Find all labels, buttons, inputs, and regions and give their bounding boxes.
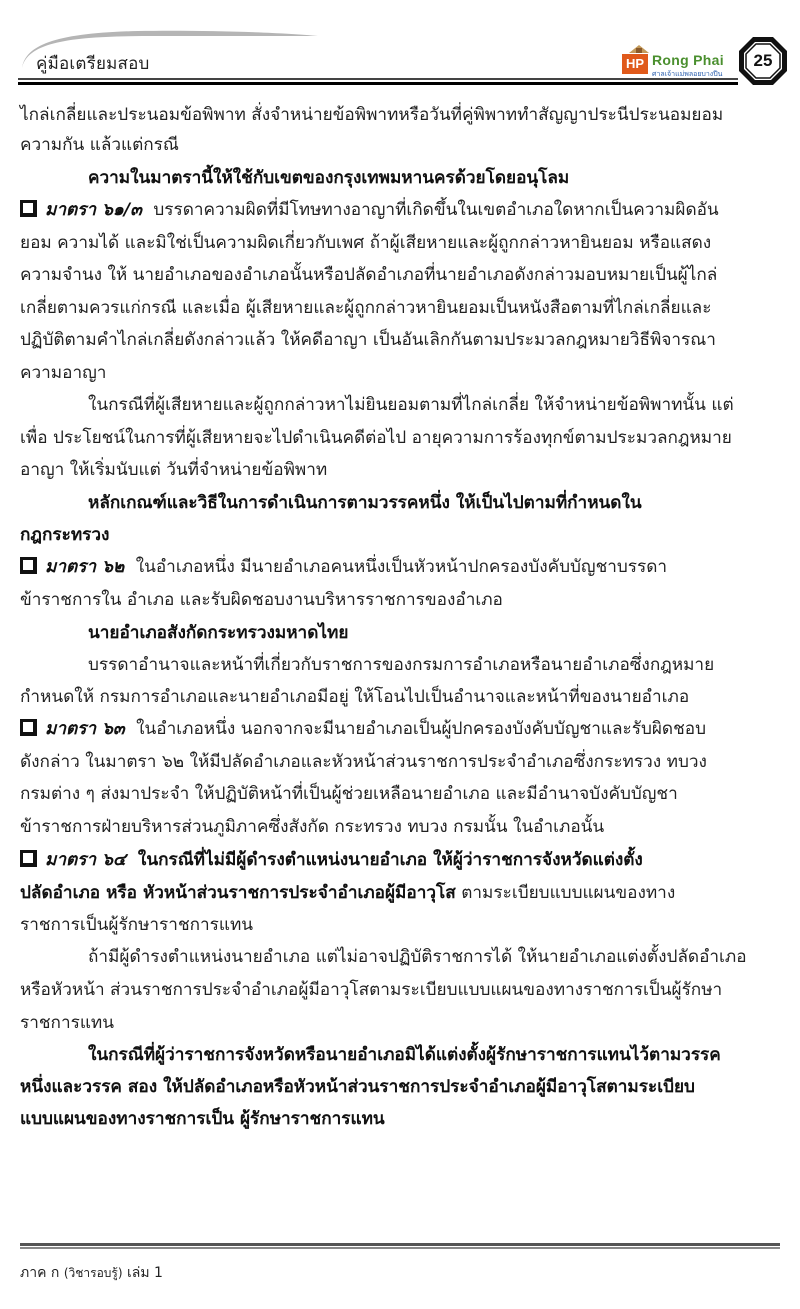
line-text: ดังกล่าว ในมาตรา ๖๒ ให้มีปลัดอำเภอและหัว… — [20, 752, 707, 772]
logo-subtitle: ศาลเจ้าแม่พลอยบางปีน — [652, 69, 722, 80]
text-line: ถ้ามีผู้ดำรงตำแหน่งนายอำเภอ แต่ไม่อาจปฏิ… — [88, 942, 747, 972]
text-line: กฎกระทรวง — [20, 520, 109, 550]
line-text: ในอำเภอหนึ่ง มีนายอำเภอคนหนึ่งเป็นหัวหน้… — [130, 557, 667, 577]
checkbox-square-icon — [20, 557, 37, 574]
text-line: ในกรณีที่ผู้ว่าราชการจังหวัดหรือนายอำเภอ… — [88, 1040, 721, 1070]
text-line: แบบแผนของทางราชการเป็น ผู้รักษาราชการแทน — [20, 1104, 385, 1134]
text-line: กำหนดให้ กรมการอำเภอและนายอำเภอมีอยู่ ให… — [20, 682, 689, 712]
house-roof-icon — [628, 44, 650, 54]
line-text: ความอาญา — [20, 363, 106, 383]
text-line: ความกัน แล้วแต่กรณี — [20, 130, 179, 160]
text-line: หลักเกณฑ์และวิธีในการดำเนินการตามวรรคหนึ… — [88, 488, 642, 518]
line-text: เกลี่ยตามควรแก่กรณี และเมื่อ ผู้เสียหายแ… — [20, 298, 711, 318]
text-line: ข้าราชการฝ่ายบริหารส่วนภูมิภาคซึ่งสังกัด… — [20, 812, 604, 842]
line-text: ความจำนง ให้ นายอำเภอของอำเภอนั้นหรือปลั… — [20, 265, 717, 285]
line-text: ตามระเบียบแบบแผนของทาง — [456, 883, 675, 903]
text-line: ในกรณีที่ผู้เสียหายและผู้ถูกกล่าวหาไม่ยิ… — [88, 390, 734, 420]
line-text: ปฏิบัติตามคำไกล่เกลี่ยดังกล่าวแล้ว ให้คด… — [20, 330, 716, 350]
section-line: มาตรา ๖๒ ในอำเภอหนึ่ง มีนายอำเภอคนหนึ่งเ… — [20, 552, 667, 582]
checkbox-square-icon — [20, 719, 37, 736]
line-text: ข้าราชการใน อำเภอ และรับผิดชอบงานบริหารร… — [20, 590, 503, 610]
footer-part: ภาค ก — [20, 1265, 59, 1281]
text-line: ความจำนง ให้ นายอำเภอของอำเภอนั้นหรือปลั… — [20, 260, 717, 290]
page-number: 25 — [738, 36, 788, 86]
text-line: ไกล่เกลี่ยและประนอมข้อพิพาท สั่งจำหน่ายข… — [20, 100, 723, 130]
text-line: เกลี่ยตามควรแก่กรณี และเมื่อ ผู้เสียหายแ… — [20, 293, 711, 323]
text-line: บรรดาอำนาจและหน้าที่เกี่ยวกับราชการของกร… — [88, 650, 714, 680]
text-line: ความอาญา — [20, 358, 106, 388]
section-label: มาตรา ๖๑/๓ — [45, 200, 142, 220]
line-text: กฎกระทรวง — [20, 525, 109, 545]
footer-volume: เล่ม 1 — [127, 1265, 163, 1281]
line-text: หรือหัวหน้า ส่วนราชการประจำอำเภอผู้มีอาว… — [20, 980, 722, 1000]
footer-subject: (วิชารอบรู้) — [64, 1266, 123, 1280]
section-line: มาตรา ๖๓ ในอำเภอหนึ่ง นอกจากจะมีนายอำเภอ… — [20, 714, 706, 744]
line-text: บรรดาอำนาจและหน้าที่เกี่ยวกับราชการของกร… — [88, 655, 714, 675]
text-line: อาญา ให้เริ่มนับแต่ วันที่จำหน่ายข้อพิพา… — [20, 455, 327, 485]
line-text: ถ้ามีผู้ดำรงตำแหน่งนายอำเภอ แต่ไม่อาจปฏิ… — [88, 947, 747, 967]
text-line: กรมต่าง ๆ ส่งมาประจำ ให้ปฏิบัติหน้าที่เป… — [20, 779, 678, 809]
line-text: ในกรณีที่ผู้เสียหายและผู้ถูกกล่าวหาไม่ยิ… — [88, 395, 734, 415]
text-line: ยอม ความได้ และมิใช่เป็นความผิดเกี่ยวกับ… — [20, 228, 711, 258]
line-text: หลักเกณฑ์และวิธีในการดำเนินการตามวรรคหนึ… — [88, 493, 642, 513]
line-text: นายอำเภอสังกัดกระทรวงมหาดไทย — [88, 623, 348, 643]
line-text: บรรดาความผิดที่มีโทษทางอาญาที่เกิดขึ้นใน… — [148, 200, 719, 220]
line-text: ราชการแทน — [20, 1013, 114, 1033]
line-text: เพื่อ ประโยชน์ในการที่ผู้เสียหายจะไปดำเน… — [20, 428, 732, 448]
text-line: หนึ่งและวรรค สอง ให้ปลัดอำเภอหรือหัวหน้า… — [20, 1072, 695, 1102]
header-rule — [18, 78, 738, 85]
text-line: ข้าราชการใน อำเภอ และรับผิดชอบงานบริหารร… — [20, 585, 503, 615]
checkbox-square-icon — [20, 200, 37, 217]
logo-name: Rong Phai — [652, 52, 724, 68]
line-text: อาญา ให้เริ่มนับแต่ วันที่จำหน่ายข้อพิพา… — [20, 460, 327, 480]
text-line: ปฏิบัติตามคำไกล่เกลี่ยดังกล่าวแล้ว ให้คด… — [20, 325, 716, 355]
section-label: มาตรา ๖๒ — [45, 557, 124, 577]
footer-rule — [20, 1243, 780, 1249]
page-header: คู่มือเตรียมสอบ HP Rong Phai ศาลเจ้าแม่พ… — [0, 0, 800, 100]
line-text: ยอม ความได้ และมิใช่เป็นความผิดเกี่ยวกับ… — [20, 233, 711, 253]
bold-text: ปลัดอำเภอ หรือ หัวหน้าส่วนราชการประจำอำเ… — [20, 883, 456, 903]
line-text: แบบแผนของทางราชการเป็น ผู้รักษาราชการแทน — [20, 1109, 385, 1129]
text-line: ปลัดอำเภอ หรือ หัวหน้าส่วนราชการประจำอำเ… — [20, 878, 675, 908]
text-line: ราชการแทน — [20, 1008, 114, 1038]
line-text: กำหนดให้ กรมการอำเภอและนายอำเภอมีอยู่ ให… — [20, 687, 689, 707]
line-text: ความในมาตรานี้ให้ใช้กับเขตของกรุงเทพมหาน… — [88, 168, 569, 188]
line-text: กรมต่าง ๆ ส่งมาประจำ ให้ปฏิบัติหน้าที่เป… — [20, 784, 678, 804]
footer-label: ภาค ก (วิชารอบรู้) เล่ม 1 — [20, 1262, 163, 1284]
section-label: มาตรา ๖๓ — [45, 719, 125, 739]
text-line: ความในมาตรานี้ให้ใช้กับเขตของกรุงเทพมหาน… — [88, 163, 569, 193]
logo-badge: HP — [622, 54, 648, 74]
section-label: มาตรา ๖๔ — [45, 850, 126, 870]
text-line: เพื่อ ประโยชน์ในการที่ผู้เสียหายจะไปดำเน… — [20, 423, 732, 453]
checkbox-square-icon — [20, 850, 37, 867]
line-text: ข้าราชการฝ่ายบริหารส่วนภูมิภาคซึ่งสังกัด… — [20, 817, 604, 837]
book-title: คู่มือเตรียมสอบ — [36, 50, 150, 77]
line-text: ราชการเป็นผู้รักษาราชการแทน — [20, 915, 253, 935]
line-text: ในกรณีที่ไม่มีผู้ดำรงตำแหน่งนายอำเภอ ให้… — [132, 850, 643, 870]
line-text: ในอำเภอหนึ่ง นอกจากจะมีนายอำเภอเป็นผู้ปก… — [131, 719, 706, 739]
text-line: ราชการเป็นผู้รักษาราชการแทน — [20, 910, 253, 940]
line-text: ไกล่เกลี่ยและประนอมข้อพิพาท สั่งจำหน่ายข… — [20, 105, 723, 125]
text-line: ดังกล่าว ในมาตรา ๖๒ ให้มีปลัดอำเภอและหัว… — [20, 747, 707, 777]
line-text: ความกัน แล้วแต่กรณี — [20, 135, 179, 155]
section-line: มาตรา ๖๔ ในกรณีที่ไม่มีผู้ดำรงตำแหน่งนาย… — [20, 845, 643, 875]
text-line: นายอำเภอสังกัดกระทรวงมหาดไทย — [88, 618, 348, 648]
line-text: หนึ่งและวรรค สอง ให้ปลัดอำเภอหรือหัวหน้า… — [20, 1077, 695, 1097]
publisher-logo: HP Rong Phai ศาลเจ้าแม่พลอยบางปีน — [622, 42, 734, 78]
line-text: ในกรณีที่ผู้ว่าราชการจังหวัดหรือนายอำเภอ… — [88, 1045, 721, 1065]
text-line: หรือหัวหน้า ส่วนราชการประจำอำเภอผู้มีอาว… — [20, 975, 722, 1005]
section-line: มาตรา ๖๑/๓ บรรดาความผิดที่มีโทษทางอาญาที… — [20, 195, 719, 225]
